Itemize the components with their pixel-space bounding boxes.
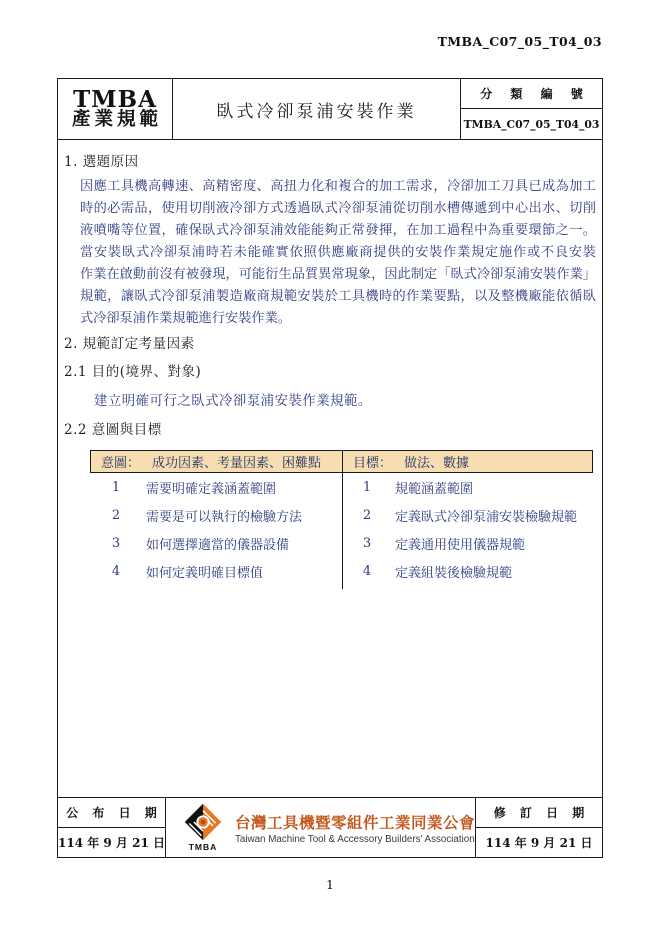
- table-center-divider: [342, 473, 343, 589]
- document-title: 臥式冷卻泵浦安裝作業: [173, 79, 460, 139]
- intent-row-number: 4: [90, 564, 142, 579]
- intent-row-number: 3: [90, 536, 142, 551]
- intent-text: 如何定義明確目標值: [146, 562, 263, 581]
- goal-row-number: 1: [343, 480, 391, 495]
- document-code-top-right: TMBA_C07_05_T04_03: [438, 34, 602, 49]
- goal-label: 目標：: [353, 452, 392, 471]
- classification-label: 分 類 編 號: [461, 79, 602, 109]
- goal-header-cell: 目標： 做法、數據: [343, 451, 592, 472]
- revision-date-label: 修 訂 日 期: [476, 798, 602, 828]
- publish-date-label: 公 布 日 期: [58, 798, 165, 828]
- intent-row-number: 1: [90, 480, 142, 495]
- association-name-zh: 台灣工具機暨零組件工業同業公會: [235, 811, 475, 833]
- goal-text: 規範涵蓋範圍: [395, 478, 473, 497]
- intent-cell: 1需要明確定義涵蓋範圍: [90, 478, 343, 497]
- intent-goal-table-header: 意圖： 成功因素、考量因素、困難點 目標： 做法、數據: [90, 450, 593, 473]
- intent-header-text: 成功因素、考量因素、困難點: [152, 452, 321, 471]
- section-2-1-heading: 2.1 目的(境界、對象): [64, 360, 201, 380]
- intent-cell: 4如何定義明確目標值: [90, 562, 343, 581]
- org-logo-block: TMBA 產業規範: [58, 79, 173, 139]
- paragraph-line: 作業在啟動前沒有被發現，可能衍生品質異常現象，因此制定「臥式冷卻泵浦安裝作業」: [80, 264, 596, 286]
- paragraph-line: 時的必需品，使用切削液冷卻方式透過臥式冷卻泵浦從切削水槽傳遞到中心出水、切削: [80, 198, 596, 220]
- goal-text: 定義通用使用儀器規範: [395, 534, 525, 553]
- intent-text: 需要是可以執行的檢驗方法: [146, 506, 302, 525]
- publish-date-value: 114 年 9 月 21 日: [58, 828, 165, 858]
- intent-text: 如何選擇適當的儀器設備: [146, 534, 289, 553]
- classification-block: 分 類 編 號 TMBA_C07_05_T04_03: [460, 79, 602, 139]
- page-number: 1: [0, 877, 660, 892]
- org-acronym: TMBA: [73, 88, 157, 111]
- tmba-pinwheel-icon: [184, 803, 222, 841]
- section-2-1-body: 建立明確可行之臥式冷卻泵浦安裝作業規範。: [94, 390, 372, 409]
- goal-text: 定義臥式冷卻泵浦安裝檢驗規範: [395, 506, 577, 525]
- intent-header-cell: 意圖： 成功因素、考量因素、困難點: [91, 451, 343, 472]
- intent-label: 意圖：: [101, 452, 140, 471]
- section-2-2-heading: 2.2 意圖與目標: [64, 418, 162, 438]
- intent-cell: 2需要是可以執行的檢驗方法: [90, 506, 343, 525]
- goal-cell: 4定義組裝後檢驗規範: [343, 562, 593, 581]
- goal-cell: 3定義通用使用儀器規範: [343, 534, 593, 553]
- association-name-en: Taiwan Machine Tool & Accessory Builders…: [235, 834, 475, 845]
- publish-date-block: 公 布 日 期 114 年 9 月 21 日: [58, 798, 166, 857]
- section-1-heading: 1. 選題原因: [64, 150, 139, 170]
- revision-date-block: 修 訂 日 期 114 年 9 月 21 日: [475, 798, 602, 857]
- intent-cell: 3如何選擇適當的儀器設備: [90, 534, 343, 553]
- goal-row-number: 3: [343, 536, 391, 551]
- paragraph-line: 因應工具機高轉速、高精密度、高扭力化和複合的加工需求，冷卻加工刀具已成為加工: [80, 176, 596, 198]
- footer-table: 公 布 日 期 114 年 9 月 21 日: [57, 797, 603, 858]
- paragraph-line: 式冷卻泵浦作業規範進行安裝作業。: [80, 308, 596, 330]
- intent-goal-table: 意圖： 成功因素、考量因素、困難點 目標： 做法、數據 1需要明確定義涵蓋範圍1…: [90, 450, 593, 589]
- tmba-logo: TMBA: [180, 803, 226, 852]
- goal-row-number: 2: [343, 508, 391, 523]
- revision-date-value: 114 年 9 月 21 日: [476, 828, 602, 858]
- goal-header-text: 做法、數據: [404, 452, 469, 471]
- goal-cell: 2定義臥式冷卻泵浦安裝檢驗規範: [343, 506, 593, 525]
- classification-code: TMBA_C07_05_T04_03: [461, 109, 602, 139]
- goal-text: 定義組裝後檢驗規範: [395, 562, 512, 581]
- section-1-paragraph: 因應工具機高轉速、高精密度、高扭力化和複合的加工需求，冷卻加工刀具已成為加工時的…: [80, 176, 596, 330]
- document-body: 1. 選題原因 因應工具機高轉速、高精密度、高扭力化和複合的加工需求，冷卻加工刀…: [57, 139, 603, 798]
- goal-row-number: 4: [343, 564, 391, 579]
- goal-cell: 1規範涵蓋範圍: [343, 478, 593, 497]
- intent-text: 需要明確定義涵蓋範圍: [146, 478, 276, 497]
- intent-row-number: 2: [90, 508, 142, 523]
- org-spec-label: 產業規範: [72, 111, 162, 130]
- document-page: TMBA_C07_05_T04_03 TMBA 產業規範 臥式冷卻泵浦安裝作業 …: [0, 0, 660, 942]
- tmba-logo-text: TMBA: [189, 842, 218, 852]
- association-block: TMBA 台灣工具機暨零組件工業同業公會 Taiwan Machine Tool…: [166, 798, 475, 857]
- paragraph-line: 液噴嘴等位置，確保臥式冷卻泵浦效能能夠正常發揮，在加工過程中為重要環節之一。: [80, 220, 596, 242]
- section-2-heading: 2. 規範訂定考量因素: [64, 332, 195, 352]
- header-table: TMBA 產業規範 臥式冷卻泵浦安裝作業 分 類 編 號 TMBA_C07_05…: [57, 78, 603, 140]
- paragraph-line: 規範，讓臥式冷卻泵浦製造廠商規範安裝於工具機時的作業要點，以及整機廠能依循臥: [80, 286, 596, 308]
- paragraph-line: 當安裝臥式冷卻泵浦時若未能確實依照供應廠商提供的安裝作業規定施作或不良安裝: [80, 242, 596, 264]
- intent-goal-table-rows: 1需要明確定義涵蓋範圍1規範涵蓋範圍2需要是可以執行的檢驗方法2定義臥式冷卻泵浦…: [90, 473, 593, 589]
